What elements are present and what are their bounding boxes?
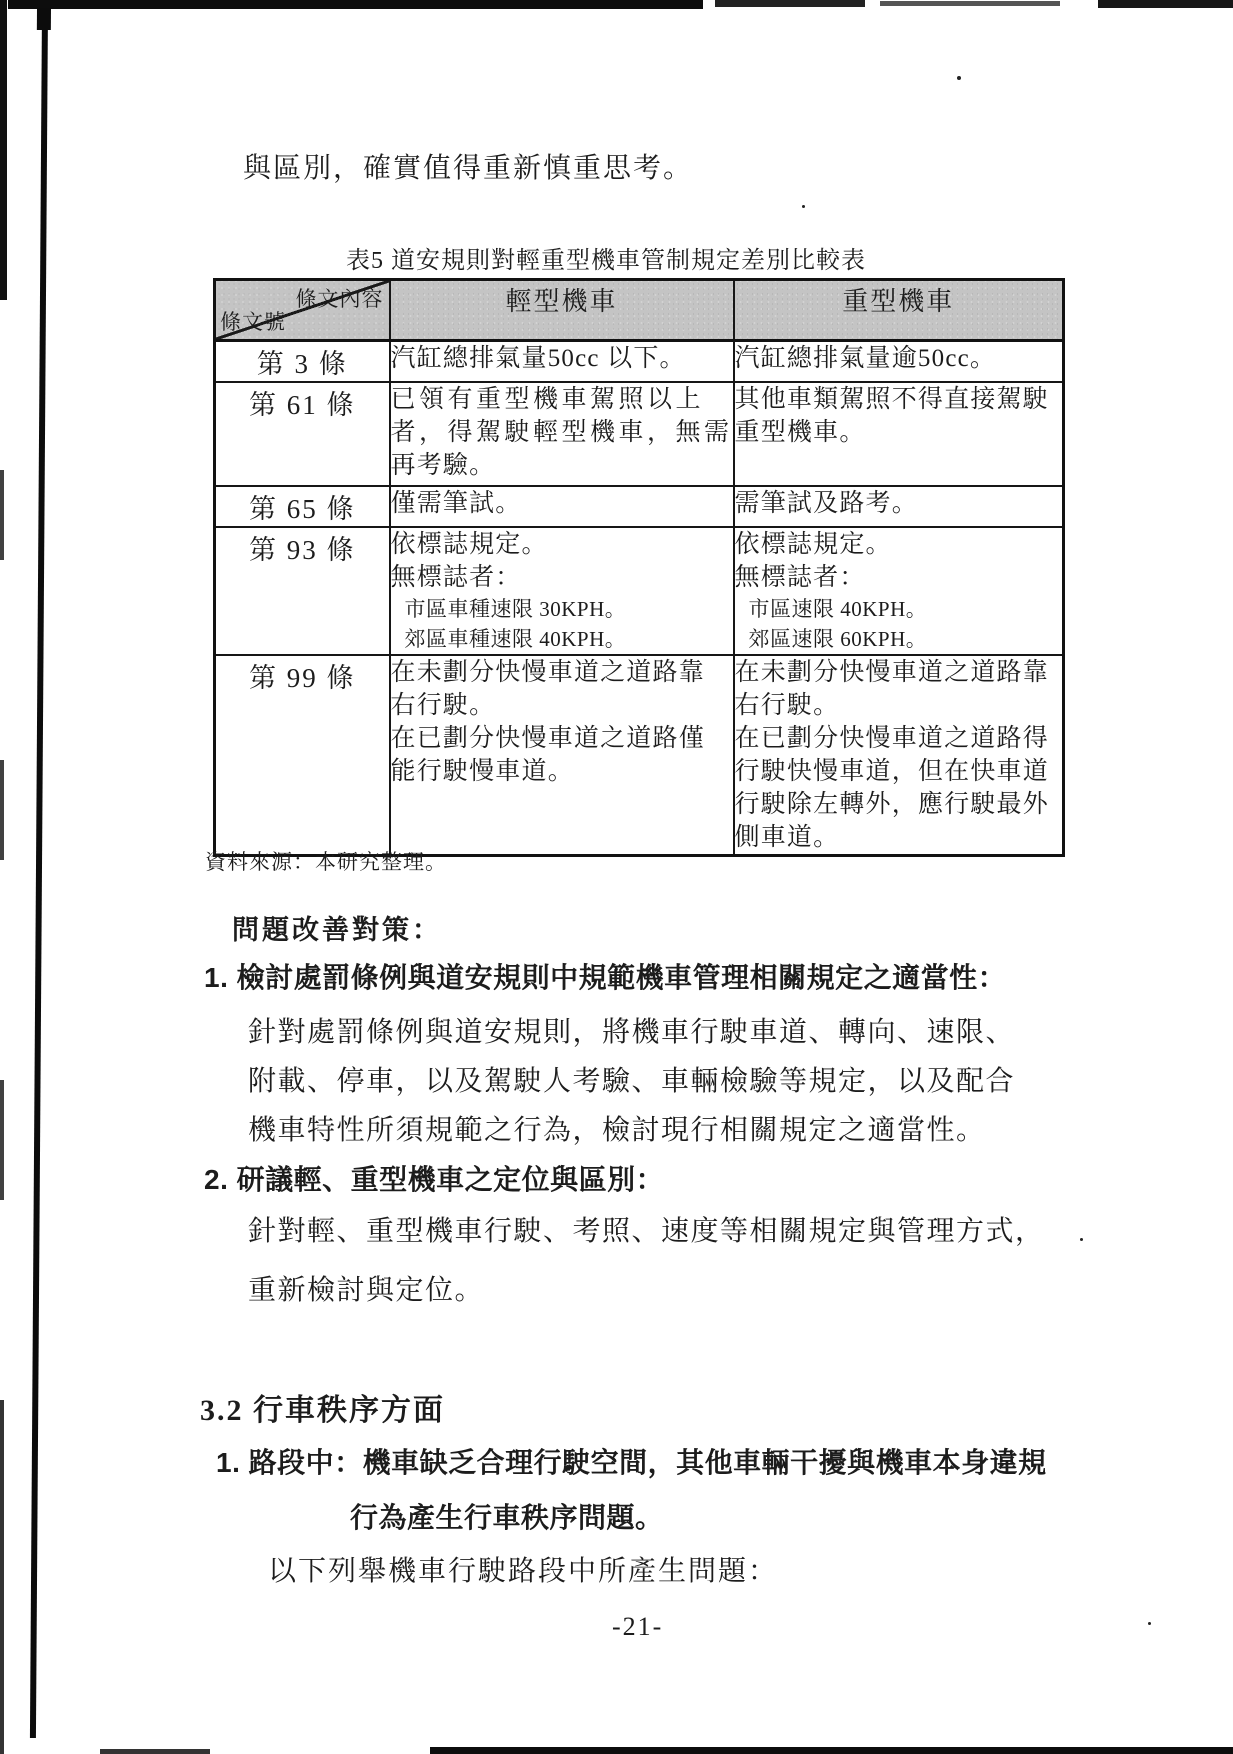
article-cell: 第 99 條 — [215, 655, 390, 856]
section-3-2-item1-line2: 行為產生行車秩序問題。 — [350, 1496, 664, 1536]
cell-line: 在已劃分快慢車道之道路僅 — [391, 722, 733, 755]
article-cell: 第 3 條 — [215, 341, 390, 383]
cell-line: 右行駛。 — [391, 689, 733, 722]
light-cell: 依標誌規定。 無標誌者： 市區車種速限 30KPH。 郊區車種速限 40KPH。 — [390, 527, 734, 655]
cell-line: 依標誌規定。 — [391, 528, 733, 561]
article-cell: 第 93 條 — [215, 527, 390, 655]
table-row: 第 99 條 在未劃分快慢車道之道路靠 右行駛。 在已劃分快慢車道之道路僅 能行… — [215, 655, 1064, 856]
corner-label-article: 條文號 — [220, 306, 286, 336]
table-row: 第 61 條 已領有重型機車駕照以上 者，得駕駛輕型機車，無需 再考驗。 其他車… — [215, 382, 1064, 486]
section-3-2-intro: 以下列舉機車行駛路段中所產生問題： — [268, 1549, 778, 1589]
heavy-cell: 在未劃分快慢車道之道路靠 右行駛。 在已劃分快慢車道之道路得 行駛快慢車道，但在… — [734, 655, 1064, 856]
scan-artifact-top-bar — [715, 0, 865, 7]
cell-line: 側車道。 — [735, 821, 1063, 854]
countermeasure-item2-heading: 2. 研議輕、重型機車之定位與區別： — [204, 1158, 664, 1198]
table-header-row: 條文內容 條文號 輕型機車 重型機車 — [215, 280, 1064, 341]
light-cell: 已領有重型機車駕照以上 者，得駕駛輕型機車，無需 再考驗。 — [390, 382, 734, 486]
countermeasure-item1-body: 針對處罰條例與道安規則，將機車行駛車道、轉向、速限、 附載、停車，以及駕駛人考驗… — [248, 1008, 1015, 1155]
cell-line: 無標誌者： — [391, 561, 733, 594]
cell-line: 汽缸總排氣量逾50cc。 — [735, 342, 1063, 375]
table-row: 第 65 條 僅需筆試。 需筆試及路考。 — [215, 486, 1064, 527]
cell-line: 再考驗。 — [391, 449, 733, 482]
cell-line: 僅需筆試。 — [391, 487, 733, 520]
cell-line: 重型機車。 — [735, 416, 1063, 449]
section-3-2-heading: 3.2 行車秩序方面 — [200, 1385, 445, 1429]
heavy-cell: 其他車類駕照不得直接駕駛 重型機車。 — [734, 382, 1064, 486]
body-line: 重新檢討與定位。 — [248, 1261, 1045, 1320]
scan-artifact-left-edge — [0, 1400, 4, 1754]
heavy-cell: 需筆試及路考。 — [734, 486, 1064, 527]
cell-line: 依標誌規定。 — [735, 528, 1063, 561]
cell-line: 市區速限 40KPH。 — [735, 594, 1063, 624]
scan-artifact-top-bar — [880, 1, 1060, 6]
cell-line: 無標誌者： — [735, 561, 1063, 594]
scanned-document-page: 與區別，確實值得重新慎重思考。 表5 道安規則對輕重型機車管制規定差別比較表 條… — [0, 0, 1233, 1754]
cell-line: 能行駛慢車道。 — [391, 755, 733, 788]
table-row: 第 93 條 依標誌規定。 無標誌者： 市區車種速限 30KPH。 郊區車種速限… — [215, 527, 1064, 655]
light-cell: 汽缸總排氣量50cc 以下。 — [390, 341, 734, 383]
table-title: 表5 道安規則對輕重型機車管制規定差別比較表 — [346, 240, 866, 275]
cell-line: 右行駛。 — [735, 689, 1063, 722]
cell-line: 汽缸總排氣量50cc 以下。 — [391, 342, 733, 375]
speckle — [957, 76, 961, 80]
corner-label-content: 條文內容 — [296, 283, 384, 313]
scan-artifact-left-edge — [0, 0, 7, 300]
scan-artifact-bottom-bar — [430, 1747, 1233, 1754]
cell-line: 需筆試及路考。 — [735, 487, 1063, 520]
speckle — [802, 205, 805, 208]
body-line: 針對輕、重型機車行駛、考照、速度等相關規定與管理方式， — [248, 1202, 1045, 1261]
page-number: -21- — [612, 1612, 663, 1642]
speckle — [1080, 1238, 1083, 1241]
scan-artifact-left-line — [30, 8, 48, 1738]
countermeasures-heading: 問題改善對策： — [232, 908, 442, 947]
scan-artifact-left-edge — [0, 470, 4, 560]
body-line: 機車特性所須規範之行為，檢討現行相關規定之適當性。 — [248, 1106, 1015, 1155]
scan-artifact-top-bar — [1098, 0, 1233, 8]
cell-line: 在已劃分快慢車道之道路得 — [735, 722, 1063, 755]
heavy-cell: 汽缸總排氣量逾50cc。 — [734, 341, 1064, 383]
cell-line: 行駛快慢車道，但在快車道 — [735, 755, 1063, 788]
heavy-cell: 依標誌規定。 無標誌者： 市區速限 40KPH。 郊區速限 60KPH。 — [734, 527, 1064, 655]
scan-artifact-bottom-bar — [100, 1749, 210, 1754]
cell-line: 其他車類駕照不得直接駕駛 — [735, 383, 1063, 416]
table-row: 第 3 條 汽缸總排氣量50cc 以下。 汽缸總排氣量逾50cc。 — [215, 341, 1064, 383]
table-corner-cell: 條文內容 條文號 — [215, 280, 390, 341]
light-cell: 僅需筆試。 — [390, 486, 734, 527]
cell-line: 行駛除左轉外，應行駛最外 — [735, 788, 1063, 821]
intro-paragraph: 與區別，確實值得重新慎重思考。 — [243, 146, 693, 186]
body-line: 針對處罰條例與道安規則，將機車行駛車道、轉向、速限、 — [248, 1008, 1015, 1057]
cell-line: 市區車種速限 30KPH。 — [391, 594, 733, 624]
light-cell: 在未劃分快慢車道之道路靠 右行駛。 在已劃分快慢車道之道路僅 能行駛慢車道。 — [390, 655, 734, 856]
cell-line: 郊區速限 60KPH。 — [735, 624, 1063, 654]
body-line: 附載、停車，以及駕駛人考驗、車輛檢驗等規定，以及配合 — [248, 1057, 1015, 1106]
cell-line: 已領有重型機車駕照以上 — [391, 383, 733, 416]
cell-line: 在未劃分快慢車道之道路靠 — [391, 656, 733, 689]
column-header-heavy: 重型機車 — [734, 280, 1064, 341]
column-header-light: 輕型機車 — [390, 280, 734, 341]
section-3-2-item1-line1: 1. 路段中：機車缺乏合理行駛空間，其他車輛干擾與機車本身違規 — [216, 1441, 1047, 1481]
scan-artifact-left-edge — [0, 760, 4, 860]
table-source-note: 資料來源：本研究整理。 — [205, 846, 447, 876]
countermeasure-item2-body: 針對輕、重型機車行駛、考照、速度等相關規定與管理方式， 重新檢討與定位。 — [248, 1202, 1045, 1320]
comparison-table: 條文內容 條文號 輕型機車 重型機車 第 3 條 汽缸總排氣量50cc 以下。 … — [213, 278, 1065, 857]
article-cell: 第 61 條 — [215, 382, 390, 486]
cell-line: 在未劃分快慢車道之道路靠 — [735, 656, 1063, 689]
article-cell: 第 65 條 — [215, 486, 390, 527]
scan-artifact-top-bar — [8, 0, 703, 9]
countermeasure-item1-heading: 1. 檢討處罰條例與道安規則中規範機車管理相關規定之適當性： — [204, 956, 1006, 996]
scan-artifact-left-edge — [0, 1080, 4, 1200]
speckle — [1148, 1622, 1151, 1625]
cell-line: 郊區車種速限 40KPH。 — [391, 624, 733, 654]
cell-line: 者，得駕駛輕型機車，無需 — [391, 416, 733, 449]
